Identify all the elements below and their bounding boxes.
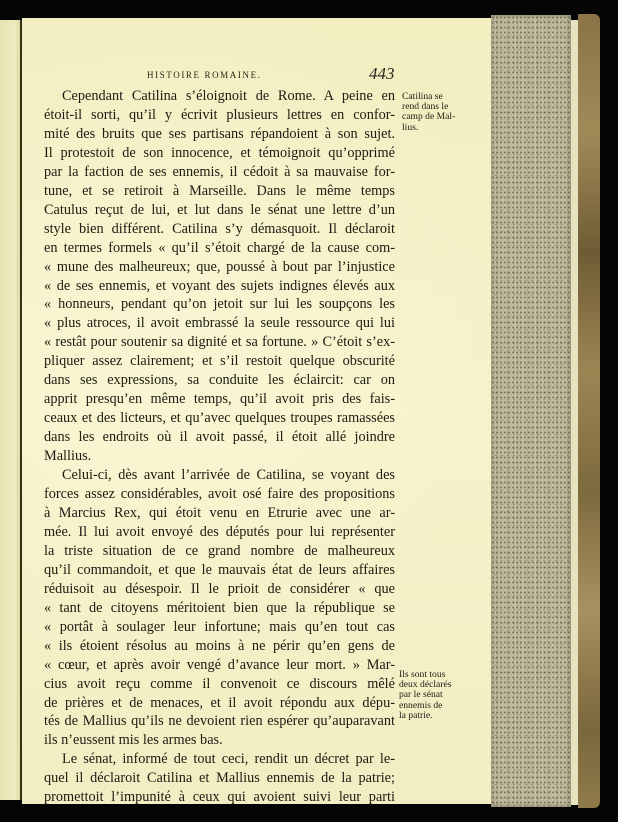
text-line: « portât à soulager leur infortune; mais… (44, 618, 395, 637)
margin-note-declared-enemies: Ils sont tous deux déclarés par le sénat… (399, 670, 463, 721)
text-line: cius avoit reçu comme il convenoit ce di… (44, 675, 395, 694)
text-line: « de ses ennemis, et voyant des sujets i… (44, 277, 395, 296)
text-line: de prières et de menaces, et il avoit ré… (44, 694, 395, 713)
text-line: apprit presqu’en même temps, qu’il avoit… (44, 390, 395, 409)
text-line: « restât pour soutenir sa dignité et sa … (44, 333, 395, 352)
text-line: Celui-ci, dès avant l’arrivée de Catilin… (44, 466, 395, 485)
text-line: tés de Mallius qu’ils ne devoient rien e… (44, 712, 395, 731)
text-line: « mune des malheureux; que, poussé à bou… (44, 258, 395, 277)
margin-note-catilina-camp: Catilina se rend dans le camp de Mal- li… (402, 92, 466, 133)
text-line: par la faction de ses ennemis, il cédoit… (44, 163, 395, 182)
text-line: ils n’eussent mis les armes bas. (44, 731, 395, 750)
page-header: HISTOIRE ROMAINE. 443 (147, 66, 427, 86)
text-line: étoit-il sorti, qu’il y écrivit plusieur… (44, 106, 395, 125)
text-line: forces assez considérables, avoit osé fa… (44, 485, 395, 504)
text-line: ceaux et des licteurs, et qu’avec quelqu… (44, 409, 395, 428)
text-line: tune, et se retiroit à Marseille. Dans l… (44, 182, 395, 201)
page-edges (491, 15, 571, 807)
page-number: 443 (369, 64, 395, 84)
text-line: « tant de citoyens méritoient bien que l… (44, 599, 395, 618)
text-line: pliquer assez clairement; et s’il restoi… (44, 352, 395, 371)
text-line: Il protestoit de son innocence, et témoi… (44, 144, 395, 163)
text-line: style bien différent. Catilina s’y démas… (44, 220, 395, 239)
text-line: qu’il commandoit, et que le mauvais état… (44, 561, 395, 580)
text-line: mée. Il lui avoit envoyé des députés pou… (44, 523, 395, 542)
margin-note-line: la patrie. (399, 711, 463, 721)
body-text: Cependant Catilina s’éloignoit de Rome. … (44, 87, 395, 807)
marbled-cover (578, 14, 600, 808)
text-line: promettoit l’impunité à ceux qui avoient… (44, 788, 395, 807)
text-line: Catulus reçut de lui, et lut dans le sén… (44, 201, 395, 220)
text-line: « plus atroces, il avoit embrassé la seu… (44, 314, 395, 333)
text-line: quel il déclaroit Catilina et Mallius en… (44, 769, 395, 788)
left-page-edge (0, 20, 21, 800)
text-line: réduisoit au désespoir. Il le prioit de … (44, 580, 395, 599)
text-line: mité des bruits que ses partisans répand… (44, 125, 395, 144)
text-line: la triste situation de ce grand nombre d… (44, 542, 395, 561)
text-line: Le sénat, informé de tout ceci, rendit u… (44, 750, 395, 769)
margin-note-line: lius. (402, 123, 466, 133)
text-line: à Marcius Rex, qui étoit venu en Etrurie… (44, 504, 395, 523)
page-edge-strip (571, 20, 578, 805)
text-line: « honneurs, pendant qu’on jetoit sur lui… (44, 295, 395, 314)
running-head: HISTOIRE ROMAINE. (147, 70, 262, 80)
text-line: Mallius. (44, 447, 395, 466)
text-line: « cœur, et après avoir vengé d’avance le… (44, 656, 395, 675)
text-line: dans les endroits où il avoit passé, il … (44, 428, 395, 447)
text-line: en termes formels « qu’il s’étoit chargé… (44, 239, 395, 258)
text-line: « ils étoient résolus au moins à ne péri… (44, 637, 395, 656)
text-line: dans ses expressions, sa conduite les éc… (44, 371, 395, 390)
text-line: Cependant Catilina s’éloignoit de Rome. … (44, 87, 395, 106)
